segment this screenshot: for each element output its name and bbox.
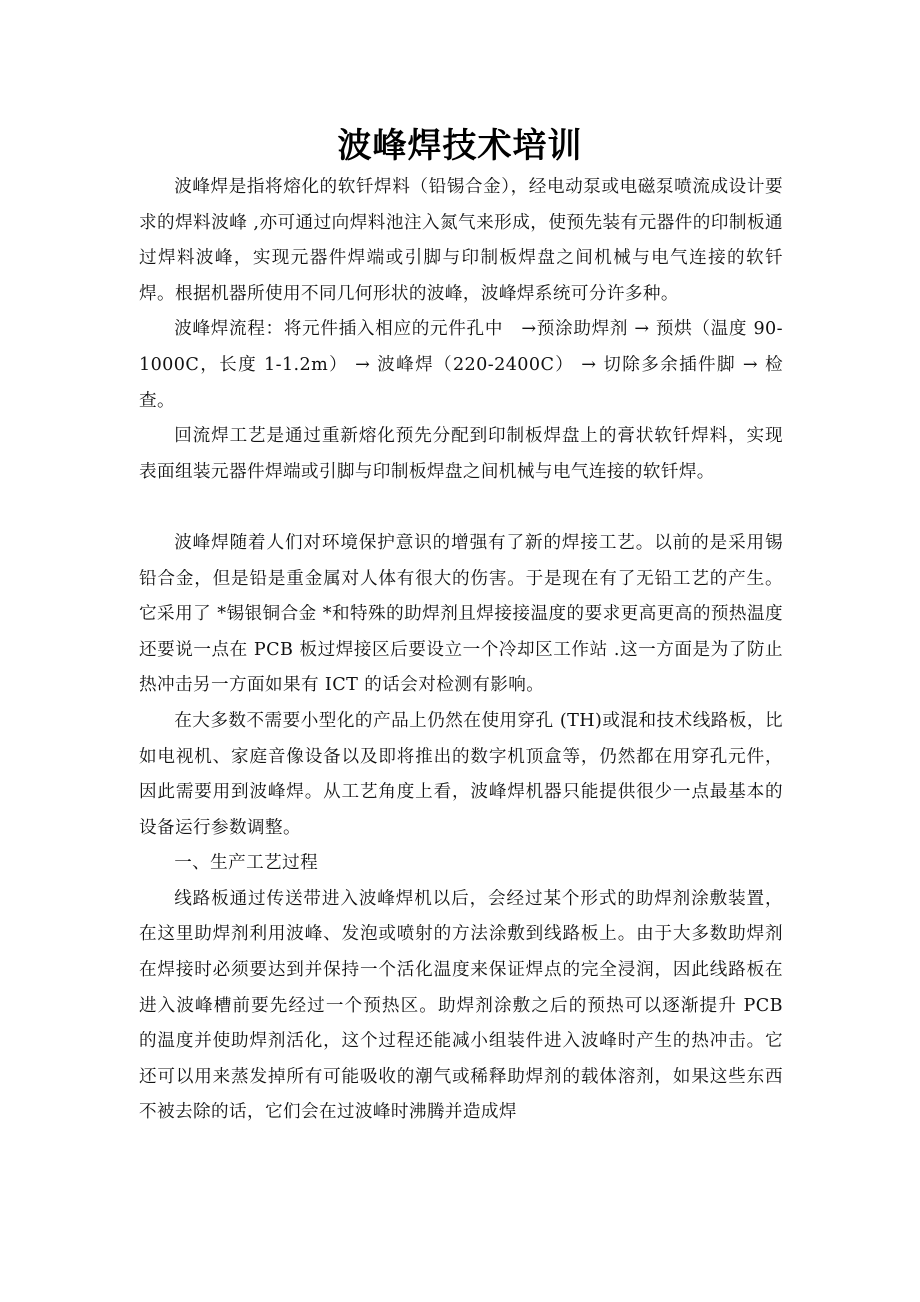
paragraph-wave-soldering-flow: 波峰焊流程：将元件插入相应的元件孔中 →预涂助焊剂 → 预烘（温度 90-100…	[139, 312, 783, 419]
document-title: 波峰焊技术培训	[0, 120, 920, 172]
document-body: 波峰焊是指将熔化的软钎焊料（铅锡合金），经电动泵或电磁泵喷流成设计要求的焊料波峰…	[139, 170, 783, 1131]
document-page: 波峰焊技术培训 波峰焊是指将熔化的软钎焊料（铅锡合金），经电动泵或电磁泵喷流成设…	[0, 0, 920, 1302]
paragraph-through-hole-usage: 在大多数不需要小型化的产品上仍然在使用穿孔 (TH)或混和技术线路板，比如电视机…	[139, 704, 783, 846]
paragraph-lead-free-process: 波峰焊随着人们对环境保护意识的增强有了新的焊接工艺。以前的是采用锡铅合金，但是铅…	[139, 526, 783, 704]
blank-line	[139, 490, 783, 526]
paragraph-wave-soldering-definition: 波峰焊是指将熔化的软钎焊料（铅锡合金），经电动泵或电磁泵喷流成设计要求的焊料波峰…	[139, 170, 783, 312]
section-heading-production-process: 一、生产工艺过程	[139, 846, 783, 882]
paragraph-reflow-soldering: 回流焊工艺是通过重新熔化预先分配到印制板焊盘上的膏状软钎焊料，实现表面组装元器件…	[139, 419, 783, 490]
paragraph-production-process: 线路板通过传送带进入波峰焊机以后，会经过某个形式的助焊剂涂敷装置，在这里助焊剂利…	[139, 882, 783, 1131]
